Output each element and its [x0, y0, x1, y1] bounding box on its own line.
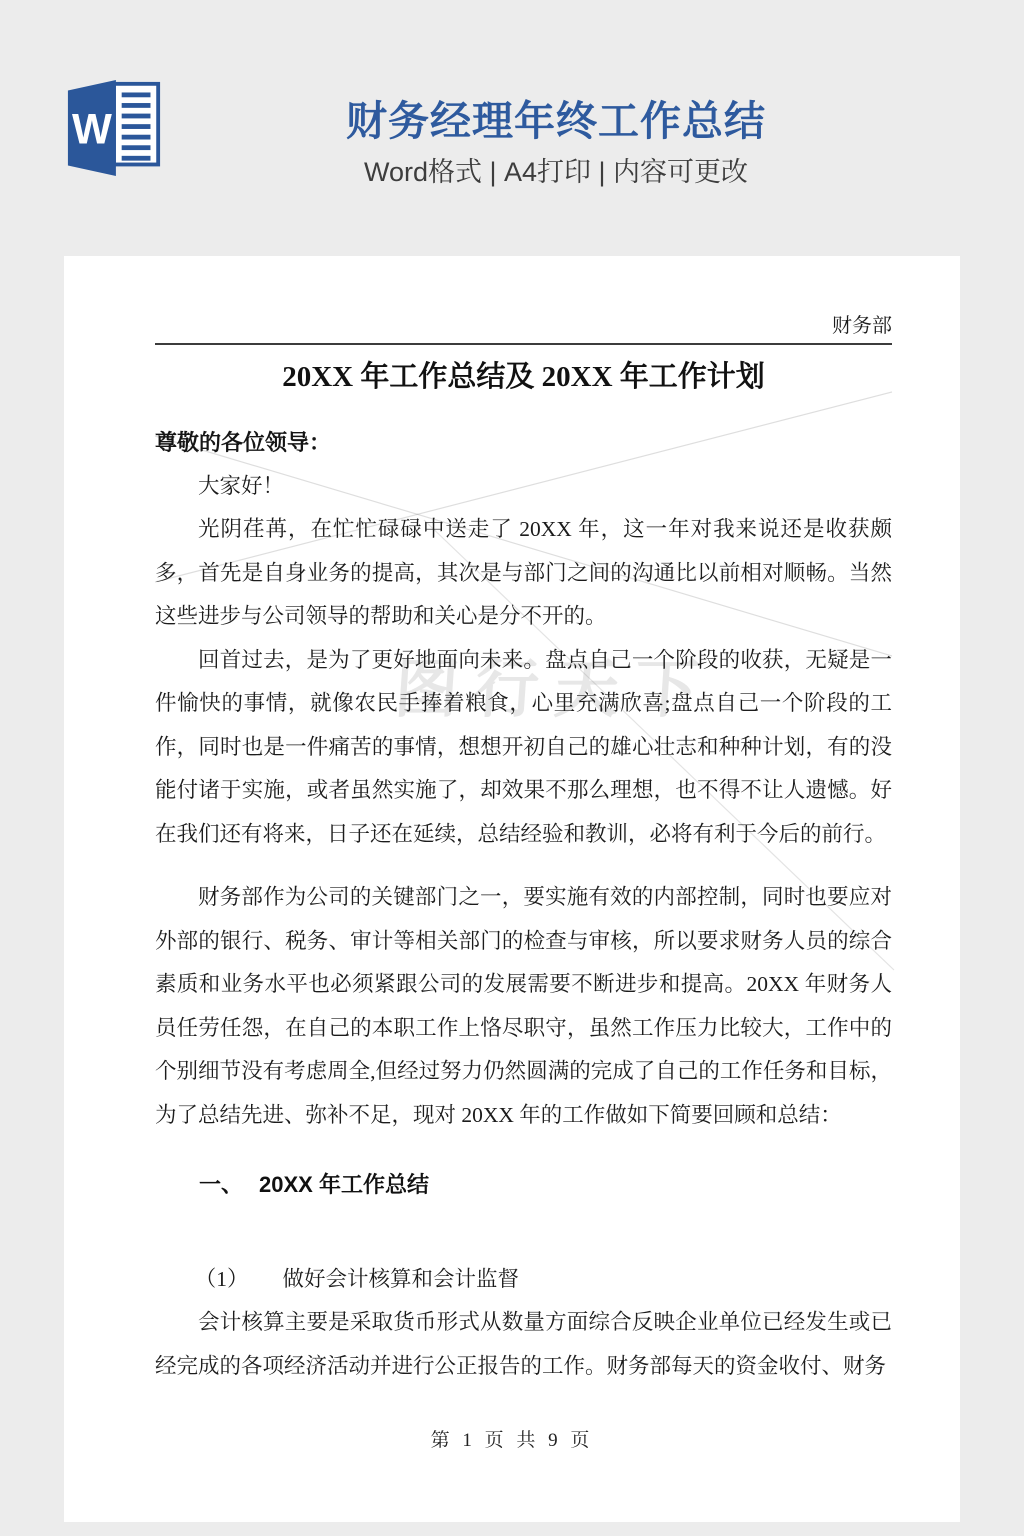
document-title: 20XX 年工作总结及 20XX 年工作计划: [155, 357, 892, 397]
salutation: 尊敬的各位领导：: [155, 421, 892, 465]
section-number: 一、: [199, 1172, 243, 1197]
document-content: 财务部 20XX 年工作总结及 20XX 年工作计划 尊敬的各位领导： 大家好！…: [64, 314, 960, 1388]
template-banner: W 财务经理年终工作总结 Word格式 | A4打印 | 内容可更改: [0, 0, 1024, 256]
paragraph-greeting: 大家好！: [155, 465, 892, 509]
sub-heading: （1）做好会计核算和会计监督: [155, 1258, 892, 1302]
banner-title: 财务经理年终工作总结: [0, 88, 1024, 147]
document-page: 图行天下 财务部 20XX 年工作总结及 20XX 年工作计划 尊敬的各位领导：…: [64, 256, 960, 1522]
section-heading: 一、20XX 年工作总结: [155, 1163, 892, 1207]
header-rule: [155, 343, 892, 345]
paragraph-4: 会计核算主要是采取货币形式从数量方面综合反映企业单位已经发生或已经完成的各项经济…: [155, 1301, 892, 1388]
paragraph-1: 光阴荏苒，在忙忙碌碌中送走了 20XX 年，这一年对我来说还是收获颇多，首先是自…: [155, 508, 892, 639]
sub-heading-title: 做好会计核算和会计监督: [283, 1267, 520, 1291]
screenshot-canvas: W 财务经理年终工作总结 Word格式 | A4打印 | 内容可更改 图行天下 …: [0, 0, 1024, 1536]
page-number-footer: 第 1 页 共 9 页: [64, 1425, 960, 1452]
paragraph-2: 回首过去，是为了更好地面向未来。盘点自己一个阶段的收获，无疑是一件愉快的事情，就…: [155, 639, 892, 857]
section-title: 20XX 年工作总结: [259, 1172, 429, 1197]
paragraph-3: 财务部作为公司的关键部门之一，要实施有效的内部控制，同时也要应对外部的银行、税务…: [155, 876, 892, 1137]
department-label: 财务部: [155, 314, 892, 338]
sub-heading-number: （1）: [195, 1267, 249, 1291]
banner-subtitle: Word格式 | A4打印 | 内容可更改: [0, 150, 1024, 189]
